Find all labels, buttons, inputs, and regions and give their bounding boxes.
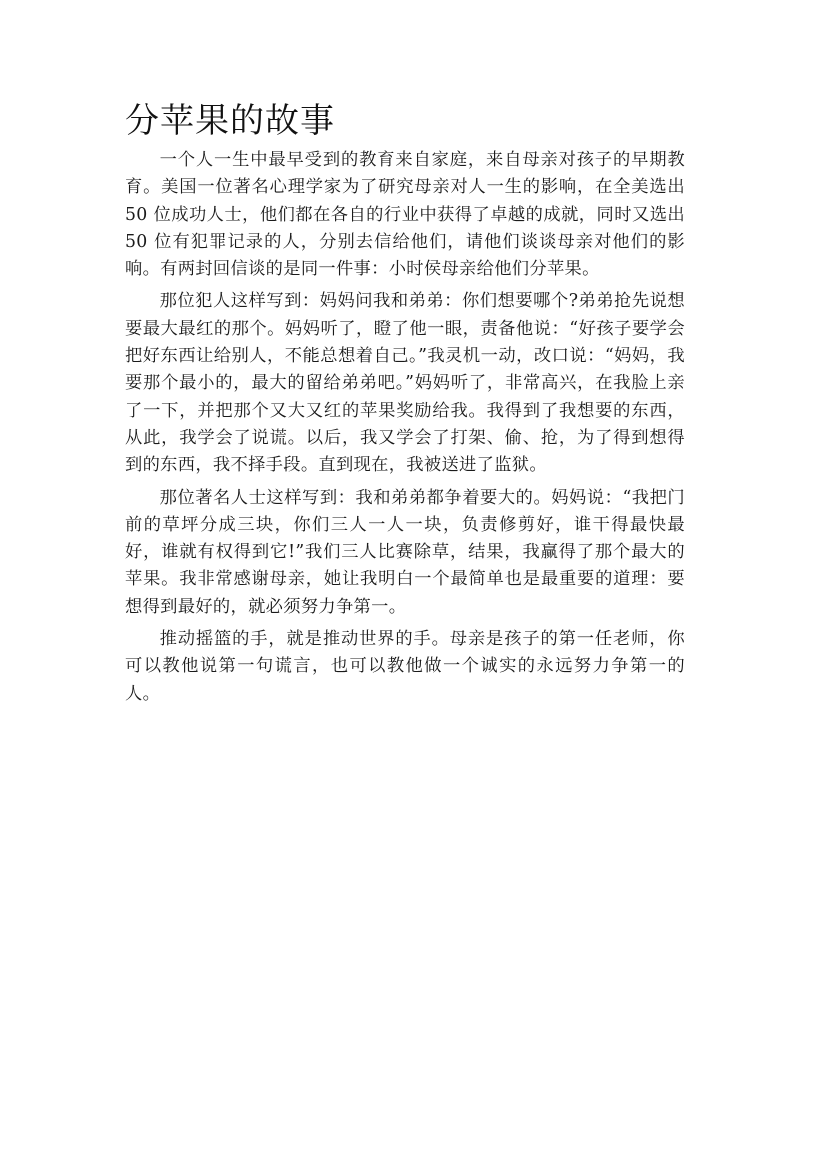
paragraph-prisoner-letter: 那位犯人这样写到：妈妈问我和弟弟：你们想要哪个?弟弟抢先说想要最大最红的那个。妈… [125, 288, 685, 479]
document-page: 分苹果的故事 一个人一生中最早受到的教育来自家庭，来自母亲对孩子的早期教育。美国… [125, 96, 685, 713]
paragraph-conclusion: 推动摇篮的手，就是推动世界的手。母亲是孩子的第一任老师，你可以教他说第一句谎言，… [125, 626, 685, 708]
paragraph-intro: 一个人一生中最早受到的教育来自家庭，来自母亲对孩子的早期教育。美国一位著名心理学… [125, 147, 685, 283]
paragraph-successful-person-letter: 那位著名人士这样写到：我和弟弟都争着要大的。妈妈说：“我把门前的草坪分成三块，你… [125, 485, 685, 621]
document-title: 分苹果的故事 [125, 96, 685, 146]
